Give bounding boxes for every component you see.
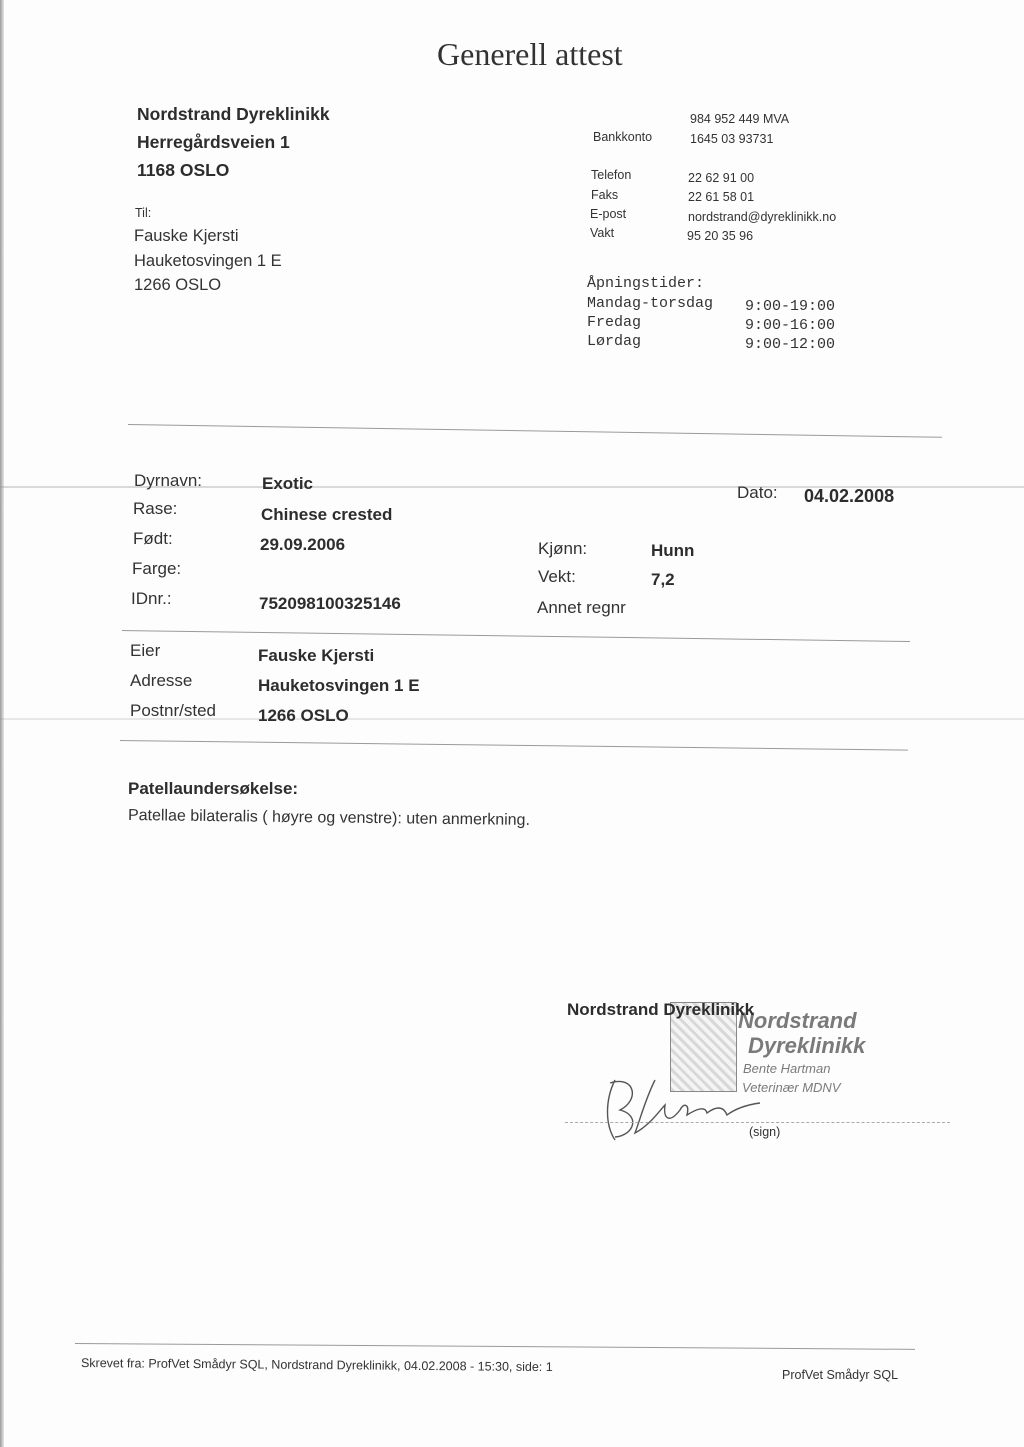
signature-line: [565, 1122, 950, 1123]
animal-label-born: Født:: [133, 529, 173, 549]
animal-label-color: Farge:: [132, 559, 181, 579]
owner-label-address: Adresse: [130, 671, 192, 691]
document-title: Generell attest: [437, 36, 623, 73]
footer-software: ProfVet Smådyr SQL: [782, 1368, 898, 1382]
opening-hours-heading: Åpningstider:: [587, 275, 704, 292]
animal-label-sex: Kjønn:: [538, 539, 587, 559]
stamp-clinic-line2: Dyreklinikk: [748, 1033, 865, 1059]
animal-value-sex: Hunn: [651, 541, 694, 561]
contact-value-epost: nordstrand@dyreklinikk.no: [688, 210, 836, 224]
date-label: Dato:: [737, 483, 778, 503]
page-edge: [0, 0, 4, 1447]
animal-label-breed: Rase:: [133, 499, 177, 519]
contact-value-vakt: 95 20 35 96: [687, 229, 753, 243]
examination-heading: Patellaundersøkelse:: [128, 779, 298, 799]
clinic-city: 1168 OSLO: [137, 160, 229, 181]
opening-hours-time: 9:00-16:00: [745, 317, 835, 334]
contact-label-telefon: Telefon: [591, 168, 631, 182]
recipient-name: Fauske Kjersti: [134, 227, 239, 246]
footer-divider: [75, 1343, 915, 1350]
owner-value-postal: 1266 OSLO: [258, 706, 349, 726]
recipient-label: Til:: [135, 206, 151, 220]
recipient-street: Hauketosvingen 1 E: [134, 252, 282, 271]
contact-label-epost: E-post: [590, 207, 626, 221]
opening-hours-day: Mandag-torsdag: [587, 295, 713, 312]
animal-value-breed: Chinese crested: [261, 505, 392, 525]
animal-value-id: 752098100325146: [259, 594, 401, 614]
opening-hours-day: Fredag: [587, 314, 641, 331]
animal-label-name: Dyrnavn:: [134, 471, 202, 491]
animal-label-other-reg: Annet regnr: [537, 598, 626, 618]
owner-label-postal: Postnr/sted: [130, 701, 216, 721]
divider: [120, 740, 908, 751]
opening-hours-time: 9:00-12:00: [745, 336, 835, 353]
contact-label-vakt: Vakt: [590, 226, 614, 240]
org-number: 984 952 449 MVA: [690, 112, 789, 126]
divider: [128, 424, 942, 438]
opening-hours-time: 9:00-19:00: [745, 298, 835, 315]
recipient-city: 1266 OSLO: [134, 276, 221, 295]
animal-value-weight: 7,2: [651, 570, 675, 590]
clinic-street: Herregårdsveien 1: [137, 132, 290, 153]
owner-value-name: Fauske Kjersti: [258, 646, 374, 666]
owner-label-name: Eier: [130, 641, 160, 661]
contact-label-bankkonto: Bankkonto: [593, 130, 652, 144]
animal-label-id: IDnr.:: [131, 589, 172, 609]
contact-value-bankkonto: 1645 03 93731: [690, 132, 773, 146]
signature-clinic-name: Nordstrand Dyreklinikk: [567, 1000, 754, 1020]
owner-value-address: Hauketosvingen 1 E: [258, 676, 420, 696]
contact-label-faks: Faks: [591, 188, 618, 202]
divider: [122, 630, 910, 642]
footer-generated-by: Skrevet fra: ProfVet Smådyr SQL, Nordstr…: [81, 1356, 553, 1374]
sign-label: (sign): [749, 1125, 780, 1139]
contact-value-faks: 22 61 58 01: [688, 190, 754, 204]
animal-label-weight: Vekt:: [538, 567, 576, 587]
stamp-clinic-line1: Nordstrand: [738, 1008, 857, 1034]
clinic-name: Nordstrand Dyreklinikk: [137, 104, 330, 125]
opening-hours-day: Lørdag: [587, 333, 641, 350]
examination-text: Patellae bilateralis ( høyre og venstre)…: [128, 807, 530, 830]
animal-value-born: 29.09.2006: [260, 535, 345, 555]
contact-value-telefon: 22 62 91 00: [688, 171, 754, 185]
animal-value-name: Exotic: [262, 474, 313, 494]
date-value: 04.02.2008: [804, 486, 894, 507]
